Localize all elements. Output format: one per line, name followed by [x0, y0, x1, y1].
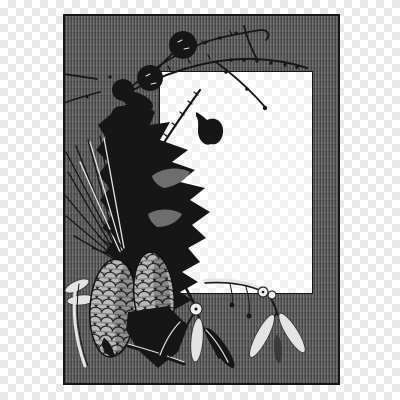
dangling-berry — [247, 314, 252, 319]
dangling-berry — [230, 303, 235, 308]
hanging-leaf — [196, 112, 223, 145]
larch-cone — [169, 31, 197, 59]
botanical-engraving — [0, 0, 400, 400]
mistletoe-leaf — [245, 312, 278, 360]
hanging-pine-cone-left — [87, 258, 140, 359]
mistletoe-leaf — [189, 318, 205, 363]
larch-cone — [137, 65, 163, 91]
mistletoe-berry — [268, 291, 276, 299]
transparency-canvas — [0, 0, 400, 400]
mistletoe-leaf — [273, 335, 283, 364]
